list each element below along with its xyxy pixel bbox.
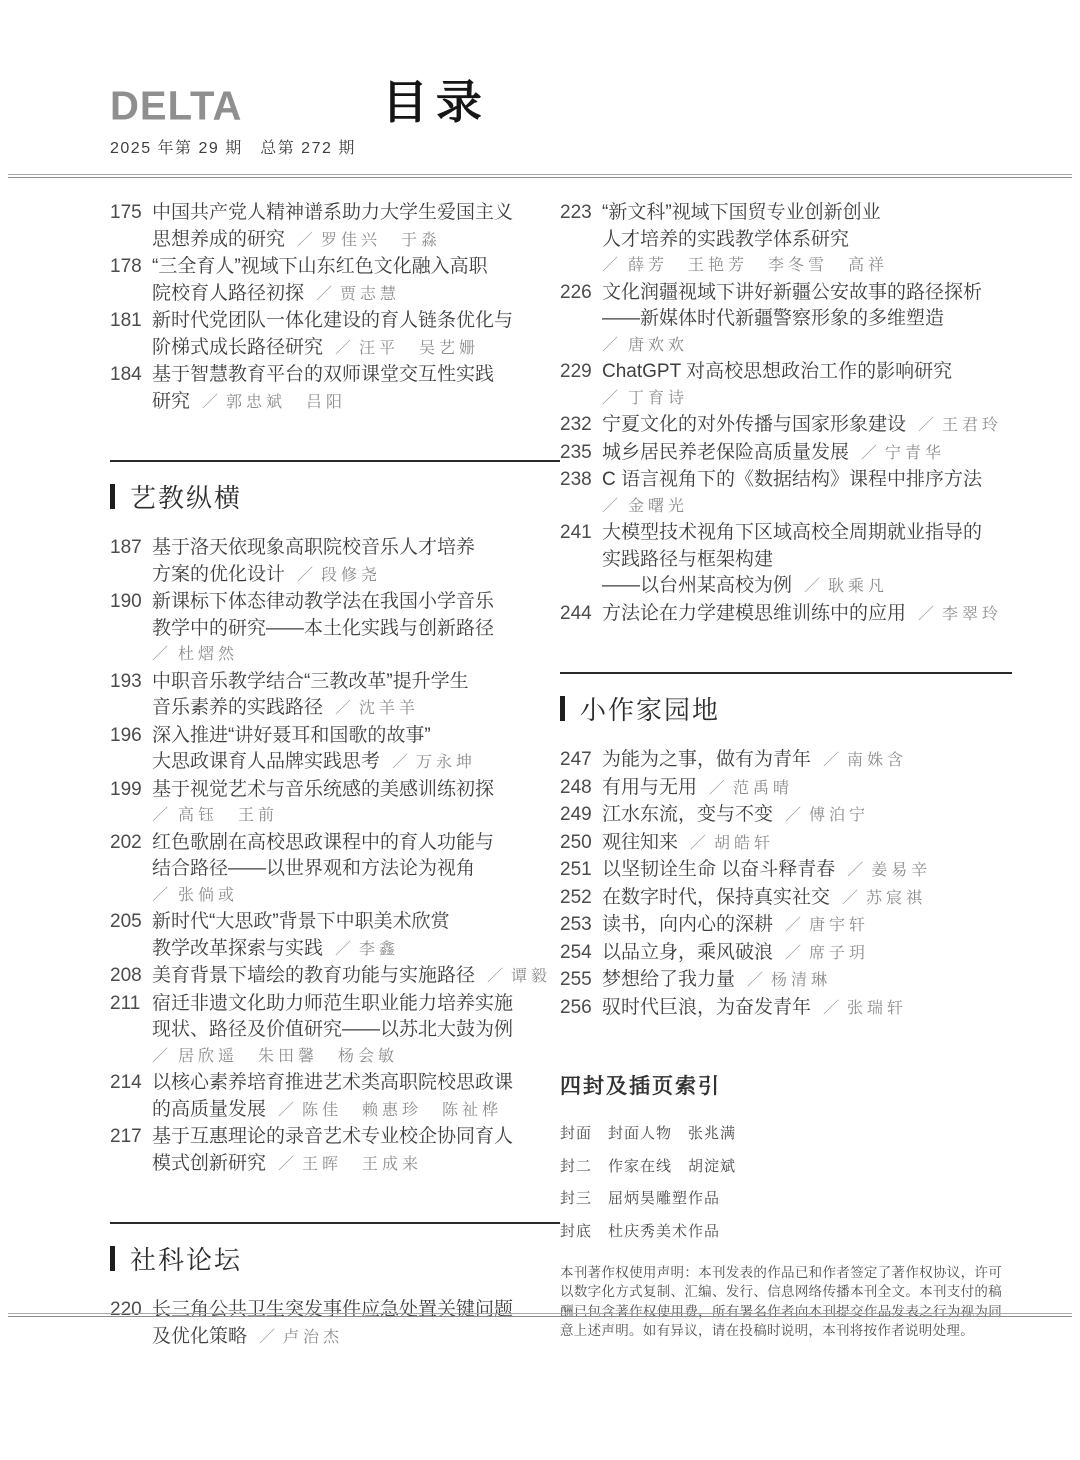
entry-authors: ／罗佳兴 于淼 [285,228,441,255]
cover-index: 四封及插页索引 封面 封面人物 张兆满 封二 作家在线 胡淀斌 封三 屈炳昊雕塑… [560,1070,1012,1241]
entry-title: 梦想给了我力量 [602,969,735,990]
entry-author-names: 杜熠然 [178,646,238,663]
entry-author-names: 卢治杰 [283,1329,343,1346]
toc-entry: 235 城乡居民养老保险高质量发展／宁青华 [560,440,1012,468]
toc-entry: 252 在数字时代，保持真实社交／苏宸祺 [560,885,1012,913]
entry-authors: ／金曙光 [602,494,1012,521]
entry-title: 美育背景下墙绘的教育功能与实施路径 [152,965,475,986]
entry-text: 江水东流，变与不变／傅泊宁 [602,802,1012,830]
author-separator-slash: ／ [602,257,618,274]
entry-text: 中国共产党人精神谱系助力大学生爱国主义 思想养成的研究／罗佳兴 于淼 [152,200,560,254]
toc-entry: 256 驭时代巨浪，为奋发青年／张瑞轩 [560,995,1012,1023]
author-separator-slash: ／ [861,445,877,462]
entry-page-number: 232 [560,412,602,440]
copyright-notice: 本刊著作权使用声明：本刊发表的作品已和作者签定了著作权协议，许可以数字化方式复制… [560,1263,1002,1341]
author-separator-slash: ／ [278,1102,294,1119]
entry-authors: ／南姝含 [811,748,907,775]
author-separator-slash: ／ [709,780,725,797]
page-title: 目录 [382,80,490,126]
entry-title: 有用与无用 [602,777,697,798]
logo-block: DELTA 2025 年第 29 期 总第 272 期 [110,86,356,158]
entry-page-number: 250 [560,830,602,858]
section-header: 艺教纵横 [110,478,560,515]
entry-authors: ／傅泊宁 [773,803,869,830]
toc-entry: 229 ChatGPT 对高校思想政治工作的影响研究／丁育诗 [560,359,1012,412]
entry-author-names: 薛芳 王艳芳 李冬雪 高祥 [628,257,888,274]
entry-author-names: 罗佳兴 于淼 [321,232,441,249]
section-entries: 223 “新文科”视域下国贸专业创新创业 人才培养的实践教学体系研究／薛芳 王艳… [560,200,1012,628]
entry-author-names: 傅泊宁 [809,807,869,824]
author-separator-slash: ／ [918,417,934,434]
entry-authors: ／范禹晴 [697,776,793,803]
entry-title: 驭时代巨浪，为奋发青年 [602,997,811,1018]
magazine-toc-page: DELTA 2025 年第 29 期 总第 272 期 目录 175 中国共产党… [0,0,1080,1460]
section-title: 小作家园地 [580,690,720,727]
author-separator-slash: ／ [602,337,618,354]
entry-authors: ／段修尧 [285,563,381,590]
entry-author-names: 杨清琳 [771,972,831,989]
entry-text: ChatGPT 对高校思想政治工作的影响研究／丁育诗 [602,359,1012,412]
entry-page-number: 214 [110,1070,152,1124]
magazine-logo: DELTA [110,86,356,127]
section-header: 小作家园地 [560,690,1012,727]
entry-author-names: 宁青华 [885,445,945,462]
toc-entry: 193 中职音乐教学结合“三教改革”提升学生 音乐素养的实践路径／沈羊羊 [110,669,560,723]
toc-entry: 248 有用与无用／范禹晴 [560,775,1012,803]
toc-entry: 223 “新文科”视域下国贸专业创新创业 人才培养的实践教学体系研究／薛芳 王艳… [560,200,1012,280]
entry-text: 中职音乐教学结合“三教改革”提升学生 音乐素养的实践路径／沈羊羊 [152,669,560,723]
entry-author-names: 唐宇轩 [809,917,869,934]
entry-authors: ／卢治杰 [247,1325,343,1352]
toc-entry: 181 新时代党团队一体化建设的育人链条优化与 阶梯式成长路径研究／汪平 吴艺姗 [110,308,560,362]
toc-entry: 202 红色歌剧在高校思政课程中的育人功能与 结合路径——以世界观和方法论为视角… [110,830,560,910]
toc-section: 小作家园地 247 为能为之事，做有为青年／南姝含 248 有用与无用／范禹晴 … [560,672,1012,1022]
entry-authors: ／贾志慧 [304,282,400,309]
entry-title: 方法论在力学建模思维训练中的应用 [602,603,906,624]
entry-authors: ／胡皓轩 [678,831,774,858]
entry-author-names: 居欣遥 朱田馨 杨会敏 [178,1048,398,1065]
entry-title: 宁夏文化的对外传播与国家形象建设 [602,414,906,435]
toc-entry: 196 深入推进“讲好聂耳和国歌的故事” 大思政课育人品牌实践思考／万永坤 [110,723,560,777]
entry-page-number: 244 [560,601,602,629]
toc-entry: 254 以品立身，乘风破浪／席子玥 [560,940,1012,968]
entry-title: ChatGPT 对高校思想政治工作的影响研究 [602,361,952,382]
toc-entry: 217 基于互惠理论的录音艺术专业校企协同育人 模式创新研究／王晖 王成来 [110,1124,560,1178]
entry-text: 为能为之事，做有为青年／南姝含 [602,747,1012,775]
entry-authors: ／陈佳 赖惠珍 陈祉桦 [266,1098,502,1125]
entry-author-names: 万永坤 [416,754,476,771]
entry-authors: ／张倘或 [152,883,560,910]
toc-entry: 255 梦想给了我力量／杨清琳 [560,967,1012,995]
entry-page-number: 184 [110,362,152,416]
toc-section: 223 “新文科”视域下国贸专业创新创业 人才培养的实践教学体系研究／薛芳 王艳… [560,200,1012,628]
section-entries: 175 中国共产党人精神谱系助力大学生爱国主义 思想养成的研究／罗佳兴 于淼 1… [110,200,560,416]
entry-text: 大模型技术视角下区域高校全周期就业指导的 实践路径与框架构建 ——以台州某高校为… [602,520,1012,601]
entry-authors: ／王君玲 [906,413,1002,440]
entry-title: 中职音乐教学结合“三教改革”提升学生 音乐素养的实践路径 [152,671,469,719]
entry-page-number: 251 [560,857,602,885]
entry-text: 城乡居民养老保险高质量发展／宁青华 [602,440,1012,468]
entry-title: 基于视觉艺术与音乐统感的美感训练初探 [152,779,494,800]
toc-entry: 214 以核心素养培育推进艺术类高职院校思政课 的高质量发展／陈佳 赖惠珍 陈祉… [110,1070,560,1124]
entry-title: 文化润疆视域下讲好新疆公安故事的路径探析 ——新媒体时代新疆警察形象的多维塑造 [602,282,982,330]
entry-page-number: 193 [110,669,152,723]
toc-entry: 184 基于智慧教育平台的双师课堂交互性实践 研究／郭忠斌 吕阳 [110,362,560,416]
toc-entry: 249 江水东流，变与不变／傅泊宁 [560,802,1012,830]
toc-section: 175 中国共产党人精神谱系助力大学生爱国主义 思想养成的研究／罗佳兴 于淼 1… [110,200,560,416]
toc-column-left: 175 中国共产党人精神谱系助力大学生爱国主义 思想养成的研究／罗佳兴 于淼 1… [110,200,560,1351]
entry-page-number: 208 [110,963,152,991]
entry-author-names: 郭忠斌 吕阳 [226,394,346,411]
entry-text: 读书，向内心的深耕／唐宇轩 [602,912,1012,940]
entry-authors: ／郭忠斌 吕阳 [190,390,346,417]
entry-author-names: 张倘或 [178,887,238,904]
author-separator-slash: ／ [152,646,168,663]
entry-authors: ／居欣遥 朱田馨 杨会敏 [152,1044,560,1071]
entry-page-number: 220 [110,1297,152,1351]
entry-author-names: 南姝含 [847,752,907,769]
entry-author-names: 沈羊羊 [359,700,419,717]
entry-text: 以坚韧诠生命 以奋斗释青春／姜易辛 [602,857,1012,885]
author-separator-slash: ／ [392,754,408,771]
entry-authors: ／丁育诗 [602,386,1012,413]
toc-entry: 178 “三全育人”视域下山东红色文化融入高职 院校育人路径初探／贾志慧 [110,254,560,308]
author-separator-slash: ／ [804,578,820,595]
author-separator-slash: ／ [602,498,618,515]
toc-entry: 226 文化润疆视域下讲好新疆公安故事的路径探析 ——新媒体时代新疆警察形象的多… [560,280,1012,360]
entry-text: 宿迁非遗文化助力师范生职业能力培养实施 现状、路径及价值研究——以苏北大鼓为例／… [152,991,560,1071]
entry-page-number: 226 [560,280,602,360]
author-separator-slash: ／ [690,835,706,852]
section-divider-line [560,672,1012,674]
entry-text: C 语言视角下的《数据结构》课程中排序方法／金曙光 [602,467,1012,520]
entry-author-names: 张瑞轩 [847,1000,907,1017]
entry-text: 驭时代巨浪，为奋发青年／张瑞轩 [602,995,1012,1023]
toc-entry: 190 新课标下体态律动教学法在我国小学音乐 教学中的研究——本土化实践与创新路… [110,589,560,669]
entry-title: 新课标下体态律动教学法在我国小学音乐 教学中的研究——本土化实践与创新路径 [152,591,494,639]
toc-entry: 211 宿迁非遗文化助力师范生职业能力培养实施 现状、路径及价值研究——以苏北大… [110,991,560,1071]
entry-text: 以核心素养培育推进艺术类高职院校思政课 的高质量发展／陈佳 赖惠珍 陈祉桦 [152,1070,560,1124]
author-separator-slash: ／ [152,1048,168,1065]
entry-text: 梦想给了我力量／杨清琳 [602,967,1012,995]
entry-page-number: 199 [110,777,152,830]
entry-authors: ／唐欢欢 [602,333,1012,360]
entry-page-number: 196 [110,723,152,777]
entry-text: 观往知来／胡皓轩 [602,830,1012,858]
entry-text: 文化润疆视域下讲好新疆公安故事的路径探析 ——新媒体时代新疆警察形象的多维塑造／… [602,280,1012,360]
entry-page-number: 253 [560,912,602,940]
section-entries: 220 长三角公共卫生突发事件应急处置关键问题 及优化策略／卢治杰 [110,1297,560,1351]
author-separator-slash: ／ [152,807,168,824]
entry-authors: ／苏宸祺 [830,886,926,913]
author-separator-slash: ／ [847,862,863,879]
entry-page-number: 187 [110,535,152,589]
entry-text: 基于洛天依现象高职院校音乐人才培养 方案的优化设计／段修尧 [152,535,560,589]
toc-columns: 175 中国共产党人精神谱系助力大学生爱国主义 思想养成的研究／罗佳兴 于淼 1… [0,178,1080,1354]
entry-authors: ／张瑞轩 [811,996,907,1023]
author-separator-slash: ／ [602,390,618,407]
entry-page-number: 181 [110,308,152,362]
entry-authors: ／沈羊羊 [323,696,419,723]
entry-author-names: 金曙光 [628,498,688,515]
toc-column-right: 223 “新文科”视域下国贸专业创新创业 人才培养的实践教学体系研究／薛芳 王艳… [560,200,1012,1354]
entry-page-number: 190 [110,589,152,669]
entry-page-number: 256 [560,995,602,1023]
entry-text: 基于互惠理论的录音艺术专业校企协同育人 模式创新研究／王晖 王成来 [152,1124,560,1178]
entry-title: 以品立身，乘风破浪 [602,942,773,963]
entry-authors: ／唐宇轩 [773,913,869,940]
toc-entry: 241 大模型技术视角下区域高校全周期就业指导的 实践路径与框架构建 ——以台州… [560,520,1012,601]
entry-author-names: 苏宸祺 [866,890,926,907]
entry-author-names: 范禹晴 [733,780,793,797]
entry-author-names: 席子玥 [809,945,869,962]
entry-page-number: 235 [560,440,602,468]
toc-entry: 238 C 语言视角下的《数据结构》课程中排序方法／金曙光 [560,467,1012,520]
toc-entry: 187 基于洛天依现象高职院校音乐人才培养 方案的优化设计／段修尧 [110,535,560,589]
entry-authors: ／汪平 吴艺姗 [323,336,479,363]
entry-authors: ／万永坤 [380,750,476,777]
section-title: 社科论坛 [130,1240,242,1277]
brand-row: DELTA 2025 年第 29 期 总第 272 期 目录 [110,86,1080,158]
issue-info: 2025 年第 29 期 总第 272 期 [110,135,356,158]
section-marker-icon [110,1246,115,1271]
entry-author-names: 贾志慧 [340,286,400,303]
entry-page-number: 241 [560,520,602,601]
toc-section: 社科论坛 220 长三角公共卫生突发事件应急处置关键问题 及优化策略／卢治杰 [110,1222,560,1351]
author-separator-slash: ／ [278,1156,294,1173]
entry-title: 观往知来 [602,832,678,853]
entry-title: 为能为之事，做有为青年 [602,749,811,770]
author-separator-slash: ／ [785,917,801,934]
entry-authors: ／谭毅 [475,964,551,991]
toc-entry: 251 以坚韧诠生命 以奋斗释青春／姜易辛 [560,857,1012,885]
entry-authors: ／薛芳 王艳芳 李冬雪 高祥 [602,253,1012,280]
toc-entry: 205 新时代“大思政”背景下中职美术欣赏 教学改革探索与实践／李鑫 [110,909,560,963]
toc-entry: 244 方法论在力学建模思维训练中的应用／李翠玲 [560,601,1012,629]
toc-entry: 232 宁夏文化的对外传播与国家形象建设／王君玲 [560,412,1012,440]
entry-authors: ／耿乘凡 [792,574,888,601]
section-title: 艺教纵横 [130,478,242,515]
entry-authors: ／席子玥 [773,941,869,968]
cover-index-item: 封三 屈炳昊雕塑作品 [560,1187,1012,1208]
author-separator-slash: ／ [297,232,313,249]
entry-page-number: 254 [560,940,602,968]
cover-index-title: 四封及插页索引 [560,1070,1012,1100]
entry-author-names: 高钰 王前 [178,807,278,824]
author-separator-slash: ／ [335,941,351,958]
cover-index-item: 封面 封面人物 张兆满 [560,1122,1012,1143]
author-separator-slash: ／ [785,945,801,962]
toc-entry: 208 美育背景下墙绘的教育功能与实施路径／谭毅 [110,963,560,991]
entry-authors: ／王晖 王成来 [266,1152,422,1179]
author-separator-slash: ／ [335,700,351,717]
entry-title: “新文科”视域下国贸专业创新创业 人才培养的实践教学体系研究 [602,202,881,250]
toc-entry: 175 中国共产党人精神谱系助力大学生爱国主义 思想养成的研究／罗佳兴 于淼 [110,200,560,254]
section-divider-line [110,1222,560,1224]
entry-title: 江水东流，变与不变 [602,804,773,825]
entry-author-names: 耿乘凡 [828,578,888,595]
entry-authors: ／杜熠然 [152,642,560,669]
entry-author-names: 王君玲 [942,417,1002,434]
entry-title: 在数字时代，保持真实社交 [602,887,830,908]
entry-author-names: 段修尧 [321,567,381,584]
section-header: 社科论坛 [110,1240,560,1277]
entry-text: 宁夏文化的对外传播与国家形象建设／王君玲 [602,412,1012,440]
entry-authors: ／李鑫 [323,937,399,964]
entry-page-number: 223 [560,200,602,280]
entry-page-number: 202 [110,830,152,910]
toc-entry: 199 基于视觉艺术与音乐统感的美感训练初探／高钰 王前 [110,777,560,830]
toc-entry: 247 为能为之事，做有为青年／南姝含 [560,747,1012,775]
section-entries: 247 为能为之事，做有为青年／南姝含 248 有用与无用／范禹晴 249 江水… [560,747,1012,1022]
entry-title: 以坚韧诠生命 以奋斗释青春 [602,859,835,880]
entry-author-names: 汪平 吴艺姗 [359,340,479,357]
author-separator-slash: ／ [297,567,313,584]
author-separator-slash: ／ [316,286,332,303]
toc-column-right-blocks: 223 “新文科”视域下国贸专业创新创业 人才培养的实践教学体系研究／薛芳 王艳… [560,200,1012,1022]
entry-text: 基于视觉艺术与音乐统感的美感训练初探／高钰 王前 [152,777,560,830]
entry-page-number: 175 [110,200,152,254]
entry-author-names: 胡皓轩 [714,835,774,852]
entry-text: “新文科”视域下国贸专业创新创业 人才培养的实践教学体系研究／薛芳 王艳芳 李冬… [602,200,1012,280]
entry-page-number: 229 [560,359,602,412]
entry-page-number: 247 [560,747,602,775]
author-separator-slash: ／ [918,606,934,623]
entry-text: “三全育人”视域下山东红色文化融入高职 院校育人路径初探／贾志慧 [152,254,560,308]
entry-title: 城乡居民养老保险高质量发展 [602,442,849,463]
toc-section: 艺教纵横 187 基于洛天依现象高职院校音乐人才培养 方案的优化设计／段修尧 1… [110,460,560,1178]
entry-page-number: 248 [560,775,602,803]
entry-text: 新时代党团队一体化建设的育人链条优化与 阶梯式成长路径研究／汪平 吴艺姗 [152,308,560,362]
entry-author-names: 唐欢欢 [628,337,688,354]
author-separator-slash: ／ [842,890,858,907]
entry-text: 新课标下体态律动教学法在我国小学音乐 教学中的研究——本土化实践与创新路径／杜熠… [152,589,560,669]
entry-page-number: 249 [560,802,602,830]
section-marker-icon [560,696,565,721]
author-separator-slash: ／ [202,394,218,411]
entry-author-names: 李鑫 [359,941,399,958]
entry-page-number: 178 [110,254,152,308]
entry-text: 长三角公共卫生突发事件应急处置关键问题 及优化策略／卢治杰 [152,1297,560,1351]
entry-title: 新时代“大思政”背景下中职美术欣赏 教学改革探索与实践 [152,911,450,959]
entry-page-number: 205 [110,909,152,963]
entry-author-names: 谭毅 [511,968,551,985]
entry-text: 红色歌剧在高校思政课程中的育人功能与 结合路径——以世界观和方法论为视角／张倘或 [152,830,560,910]
toc-entry: 250 观往知来／胡皓轩 [560,830,1012,858]
author-separator-slash: ／ [487,968,503,985]
author-separator-slash: ／ [259,1329,275,1346]
entry-page-number: 255 [560,967,602,995]
bottom-divider [8,1313,1072,1317]
author-separator-slash: ／ [823,1000,839,1017]
author-separator-slash: ／ [785,807,801,824]
section-entries: 187 基于洛天依现象高职院校音乐人才培养 方案的优化设计／段修尧 190 新课… [110,535,560,1178]
entry-title: 读书，向内心的深耕 [602,914,773,935]
entry-authors: ／宁青华 [849,441,945,468]
entry-title: 红色歌剧在高校思政课程中的育人功能与 结合路径——以世界观和方法论为视角 [152,832,494,880]
entry-text: 方法论在力学建模思维训练中的应用／李翠玲 [602,601,1012,629]
author-separator-slash: ／ [747,972,763,989]
entry-text: 基于智慧教育平台的双师课堂交互性实践 研究／郭忠斌 吕阳 [152,362,560,416]
entry-authors: ／杨清琳 [735,968,831,995]
entry-author-names: 王晖 王成来 [302,1156,422,1173]
entry-text: 以品立身，乘风破浪／席子玥 [602,940,1012,968]
entry-authors: ／姜易辛 [835,858,931,885]
entry-authors: ／李翠玲 [906,602,1002,629]
entry-page-number: 211 [110,991,152,1071]
entry-author-names: 李翠玲 [942,606,1002,623]
cover-index-item: 封二 作家在线 胡淀斌 [560,1155,1012,1176]
entry-author-names: 姜易辛 [871,862,931,879]
toc-entry: 220 长三角公共卫生突发事件应急处置关键问题 及优化策略／卢治杰 [110,1297,560,1351]
entry-page-number: 217 [110,1124,152,1178]
author-separator-slash: ／ [335,340,351,357]
entry-author-names: 陈佳 赖惠珍 陈祉桦 [302,1102,502,1119]
entry-text: 有用与无用／范禹晴 [602,775,1012,803]
entry-author-names: 丁育诗 [628,390,688,407]
entry-authors: ／高钰 王前 [152,803,560,830]
entry-text: 在数字时代，保持真实社交／苏宸祺 [602,885,1012,913]
author-separator-slash: ／ [823,752,839,769]
page-header: DELTA 2025 年第 29 期 总第 272 期 目录 [110,86,1080,158]
entry-title: C 语言视角下的《数据结构》课程中排序方法 [602,469,982,490]
entry-text: 深入推进“讲好聂耳和国歌的故事” 大思政课育人品牌实践思考／万永坤 [152,723,560,777]
entry-text: 美育背景下墙绘的教育功能与实施路径／谭毅 [152,963,560,991]
entry-title: 宿迁非遗文化助力师范生职业能力培养实施 现状、路径及价值研究——以苏北大鼓为例 [152,993,513,1041]
section-divider-line [110,460,560,462]
entry-text: 新时代“大思政”背景下中职美术欣赏 教学改革探索与实践／李鑫 [152,909,560,963]
toc-entry: 253 读书，向内心的深耕／唐宇轩 [560,912,1012,940]
entry-page-number: 252 [560,885,602,913]
entry-page-number: 238 [560,467,602,520]
cover-index-item: 封底 杜庆秀美术作品 [560,1220,1012,1241]
section-marker-icon [110,484,115,509]
author-separator-slash: ／ [152,887,168,904]
